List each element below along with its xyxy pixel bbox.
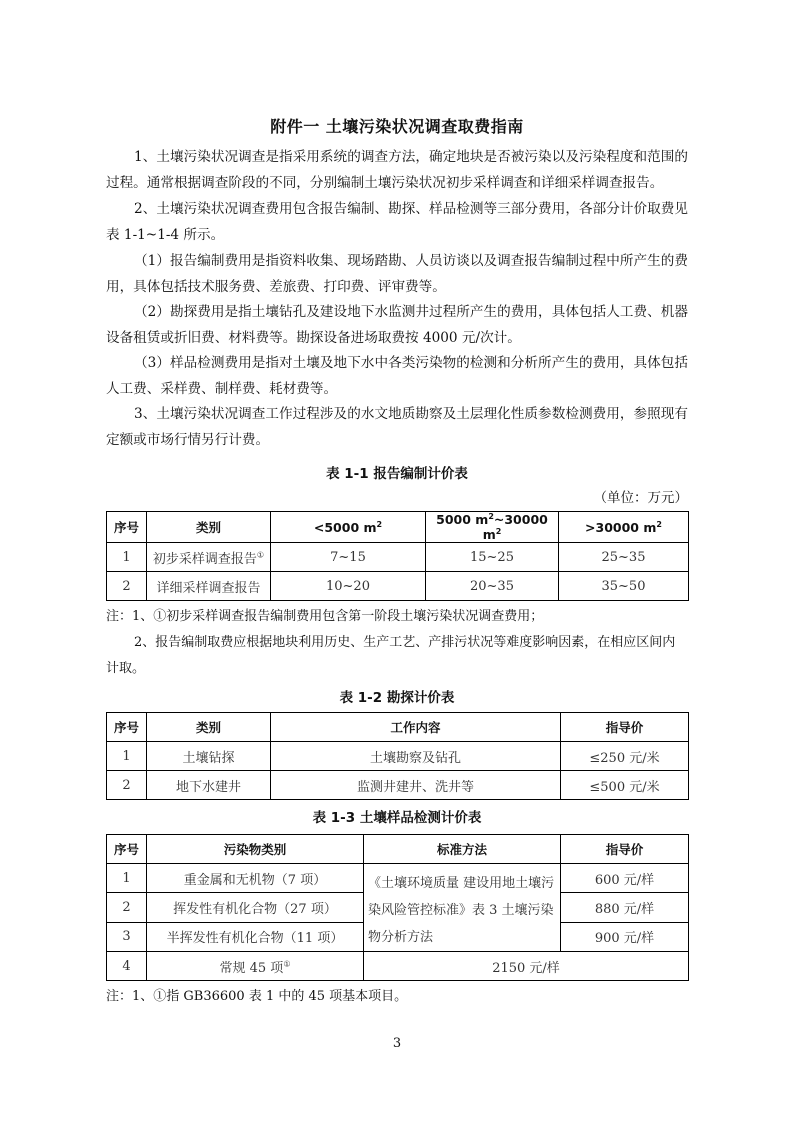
table3-note: 注：1、①指 GB36600 表 1 中的 45 项基本项目。 [106, 984, 688, 1010]
standard-method: 《土壤环境质量 建设用地土壤污染风险管控标准》表 3 土壤污染物分析方法 [364, 864, 561, 952]
sample-test-fee-table: 序号 污染物类别 标准方法 指导价 1 重金属和无机物（7 项） 《土壤环境质量… [106, 834, 689, 981]
paragraph-3: 3、土壤污染状况调查工作过程涉及的水文地质勘察及土层理化性质参数检测费用，参照现… [106, 402, 688, 453]
header-small-area: <5000 m2 [271, 512, 426, 543]
table-row: 1 土壤钻探 土壤勘察及钻孔 ≤250 元/米 [107, 742, 689, 771]
page-number: 3 [0, 1036, 794, 1051]
table1-caption: 表 1-1 报告编制计价表 [0, 462, 794, 482]
header-no: 序号 [107, 512, 147, 543]
paragraph-2-1: （1）报告编制费用是指资料收集、现场踏勘、人员访谈以及调查报告编制过程中所产生的… [106, 249, 688, 300]
paragraph-1: 1、土壤污染状况调查是指采用系统的调查方法，确定地块是否被污染以及污染程度和范围… [106, 145, 688, 196]
page-title: 附件一 土壤污染状况调查取费指南 [0, 114, 794, 137]
header-large-area: >30000 m2 [559, 512, 689, 543]
table1-unit: （单位：万元） [594, 486, 689, 506]
table-row: 2 地下水建井 监测井建井、洗井等 ≤500 元/米 [107, 771, 689, 800]
header-mid-area: 5000 m2~30000 m2 [426, 512, 559, 543]
table-row: 2 详细采样调查报告 10~20 20~35 35~50 [107, 572, 689, 601]
table1-note-1: 注：1、①初步采样调查报告编制费用包含第一阶段土壤污染状况调查费用； [106, 604, 688, 630]
paragraph-2-3: （3）样品检测费用是指对土壤及地下水中各类污染物的检测和分析所产生的费用，具体包… [106, 351, 688, 402]
report-fee-table: 序号 类别 <5000 m2 5000 m2~30000 m2 >30000 m… [106, 511, 689, 601]
header-category: 类别 [147, 512, 271, 543]
table-row: 4 常规 45 项① 2150 元/样 [107, 952, 689, 981]
table-row: 1 初步采样调查报告① 7~15 15~25 25~35 [107, 543, 689, 572]
paragraph-2: 2、土壤污染状况调查费用包含报告编制、勘探、样品检测等三部分费用，各部分计价取费… [106, 197, 688, 248]
paragraph-2-2: （2）勘探费用是指土壤钻孔及建设地下水监测井过程所产生的费用，具体包括人工费、机… [106, 300, 688, 351]
table1-note-2: 2、报告编制取费应根据地块利用历史、生产工艺、产排污状况等难度影响因素，在相应区… [106, 630, 688, 681]
survey-fee-table: 序号 类别 工作内容 指导价 1 土壤钻探 土壤勘察及钻孔 ≤250 元/米 2… [106, 712, 689, 800]
table-row: 1 重金属和无机物（7 项） 《土壤环境质量 建设用地土壤污染风险管控标准》表 … [107, 864, 689, 893]
document-page: 附件一 土壤污染状况调查取费指南 1、土壤污染状况调查是指采用系统的调查方法，确… [0, 0, 794, 1123]
table2-caption: 表 1-2 勘探计价表 [0, 686, 794, 706]
table3-caption: 表 1-3 土壤样品检测计价表 [0, 806, 794, 826]
